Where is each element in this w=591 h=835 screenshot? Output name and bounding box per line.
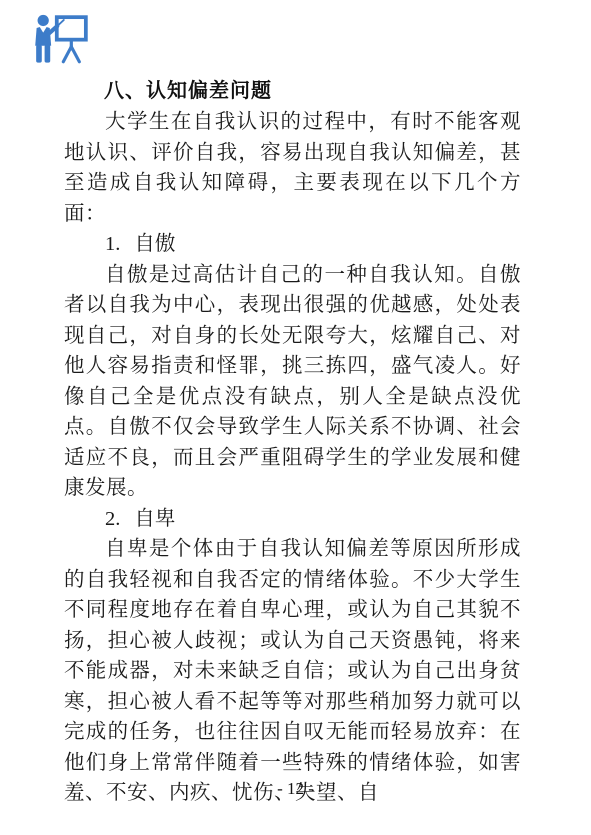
section-1-paragraph: 自傲是过高估计自己的一种自我认知。自傲者以自我为中心，表现出很强的优越感，处处表… (64, 260, 521, 504)
section-2-paragraph: 自卑是个体由于自我认知偏差等原因所形成的自我轻视和自我否定的情绪体验。不少大学生… (64, 534, 521, 809)
section-1-title: 自傲 (134, 233, 175, 255)
section-1-number: 1. (105, 233, 120, 255)
page-title: 八、认知偏差问题 (64, 76, 521, 107)
section-2-number: 2. (105, 508, 120, 530)
section-2-heading: 2.自卑 (64, 504, 521, 535)
document-page: 八、认知偏差问题 大学生在自我认识的过程中，有时不能客观地认识、评价自我，容易出… (0, 0, 591, 835)
document-body: 八、认知偏差问题 大学生在自我认识的过程中，有时不能客观地认识、评价自我，容易出… (64, 76, 521, 809)
page-number: - 12 - (0, 779, 591, 799)
presenter-whiteboard-icon (31, 12, 91, 72)
intro-paragraph: 大学生在自我认识的过程中，有时不能客观地认识、评价自我，容易出现自我认知偏差，甚… (64, 107, 521, 229)
section-1-heading: 1.自傲 (64, 229, 521, 260)
section-2-title: 自卑 (134, 508, 175, 530)
